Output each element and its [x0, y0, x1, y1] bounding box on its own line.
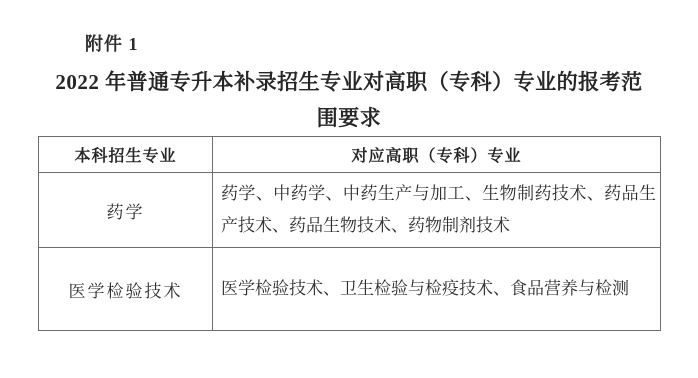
corresponding-majors-cell: 药学、中药学、中药生产与加工、生物制药技术、药品生产技术、药品生物技术、药物制剂…	[213, 173, 661, 248]
document-title: 2022 年普通专升本补录招生专业对高职（专科）专业的报考范围要求	[49, 64, 649, 136]
table-header-row: 本科招生专业 对应高职（专科）专业	[39, 137, 661, 173]
table-row-pharmacy: 药学 药学、中药学、中药生产与加工、生物制药技术、药品生产技术、药品生物技术、药…	[39, 173, 661, 248]
attachment-label: 附件 1	[85, 30, 139, 56]
column-header-corresponding-majors: 对应高职（专科）专业	[213, 137, 661, 173]
document-page: 附件 1 2022 年普通专升本补录招生专业对高职（专科）专业的报考范围要求 本…	[0, 0, 698, 378]
undergraduate-major-cell: 药学	[39, 173, 213, 248]
undergraduate-major-cell: 医学检验技术	[39, 248, 213, 331]
column-header-undergraduate-major: 本科招生专业	[39, 137, 213, 173]
corresponding-majors-cell: 医学检验技术、卫生检验与检疫技术、食品营养与检测	[213, 248, 661, 331]
table-row-medical-lab: 医学检验技术 医学检验技术、卫生检验与检疫技术、食品营养与检测	[39, 248, 661, 331]
majors-table: 本科招生专业 对应高职（专科）专业 药学 药学、中药学、中药生产与加工、生物制药…	[38, 136, 661, 331]
